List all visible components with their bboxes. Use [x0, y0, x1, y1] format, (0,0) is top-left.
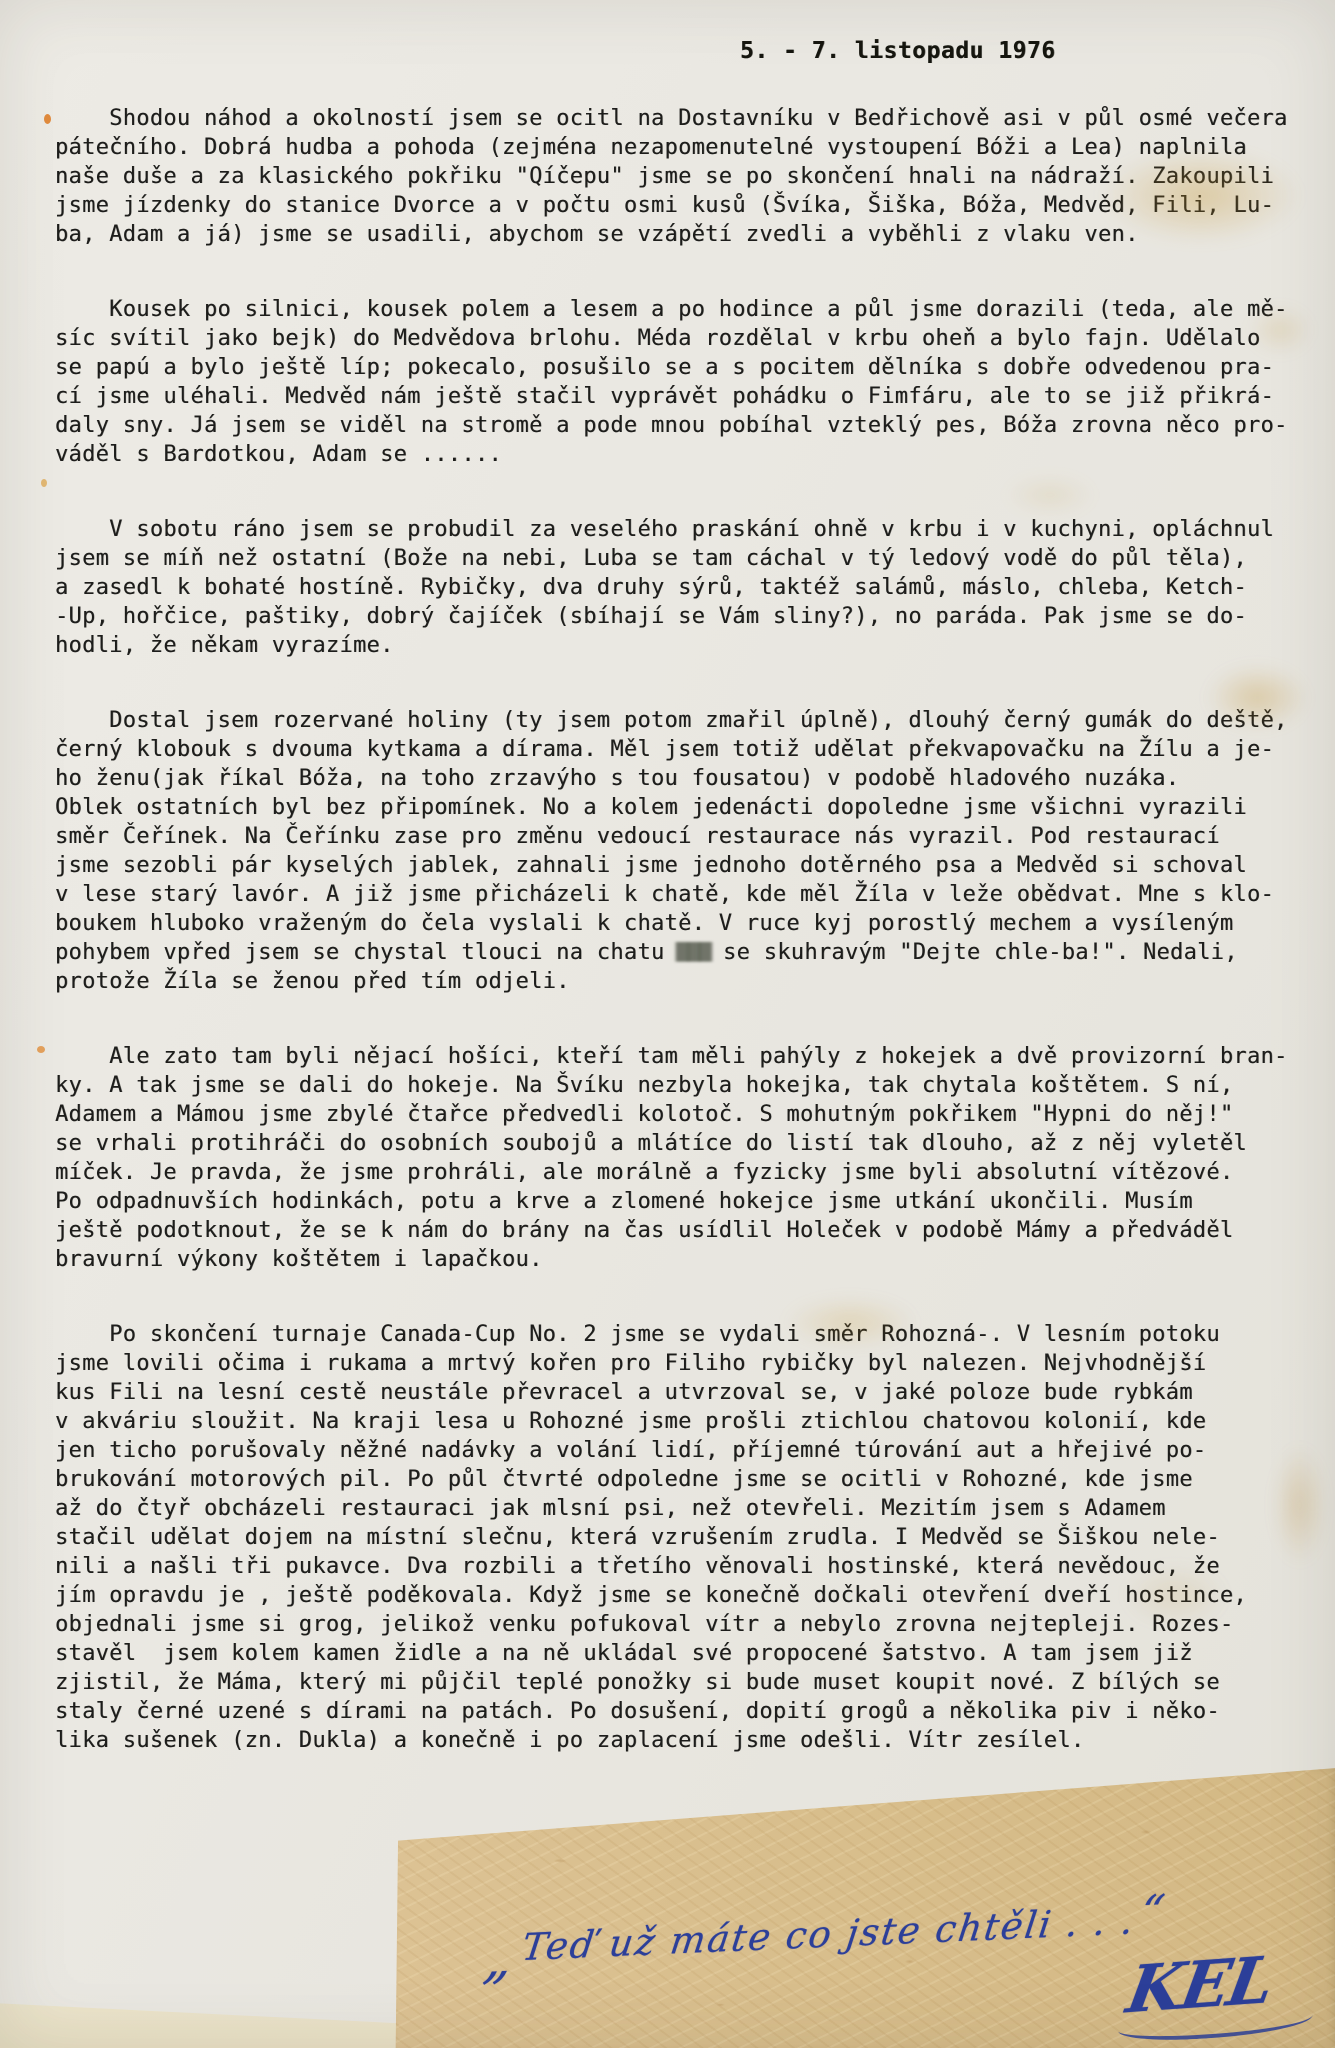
- text-line: staly černé uzené s dírami na patách. Po…: [55, 1697, 1317, 1726]
- text-line: ba, Adam a já) jsme se usadili, abychom …: [55, 220, 1317, 249]
- scanned-letter-page: 5. - 7. listopadu 1976 Shodou náhod a ok…: [0, 0, 1335, 2048]
- paragraph: Po skončení turnaje Canada-Cup No. 2 jsm…: [55, 1320, 1317, 1755]
- letter-body: Shodou náhod a okolností jsem se ocitl n…: [55, 104, 1317, 1755]
- paper-fleck: [41, 479, 47, 487]
- paragraph: Shodou náhod a okolností jsem se ocitl n…: [55, 104, 1317, 249]
- text-line: Kousek po silnici, kousek polem a lesem …: [55, 295, 1317, 324]
- paper-fleck: [37, 1046, 45, 1053]
- text-line: -Up, hořčice, paštiky, dobrý čajíček (sb…: [55, 602, 1317, 631]
- date-line: 5. - 7. listopadu 1976: [740, 38, 1056, 64]
- text-line: stačil udělat dojem na místní slečnu, kt…: [55, 1523, 1317, 1552]
- text-line: protože Žíla se ženou před tím odjeli.: [55, 967, 1317, 996]
- text-line: jsme sezobli pár kyselých jablek, zahnal…: [55, 851, 1317, 880]
- paragraph: V sobotu ráno jsem se probudil za veselé…: [55, 515, 1317, 660]
- text-line: ho ženu(jak říkal Bóža, na toho zrzavýho…: [55, 764, 1317, 793]
- text-line: brukování motorových pil. Po půl čtvrté …: [55, 1465, 1317, 1494]
- text-line: ky. A tak jsme se dali do hokeje. Na Šví…: [55, 1071, 1317, 1100]
- text-line: V sobotu ráno jsem se probudil za veselé…: [55, 515, 1317, 544]
- text-line: Oblek ostatních byl bez připomínek. No a…: [55, 793, 1317, 822]
- text-line: jsem se míň než ostatní (Bože na nebi, L…: [55, 544, 1317, 573]
- text-line: kus Fili na lesní cestě neustále převrac…: [55, 1378, 1317, 1407]
- text-line: a zasedl k bohaté hostíně. Rybičky, dva …: [55, 573, 1317, 602]
- text-line: hodli, že někam vyrazíme.: [55, 631, 1317, 660]
- text-line: objednali jsme si grog, jelikož venku po…: [55, 1610, 1317, 1639]
- text-line: naše duše a za klasického pokřiku "Qíčep…: [55, 162, 1317, 191]
- text-line: směr Čeřínek. Na Čeřínku zase pro změnu …: [55, 822, 1317, 851]
- text-line: míček. Je pravda, že jsme prohráli, ale …: [55, 1158, 1317, 1187]
- text-line: ještě podotknout, že se k nám do brány n…: [55, 1216, 1317, 1245]
- text-line: černý klobouk s dvouma kytkama a dírama.…: [55, 735, 1317, 764]
- paper-fleck: [44, 114, 51, 124]
- signature: KEL: [1121, 1942, 1277, 2028]
- text-line: Po skončení turnaje Canada-Cup No. 2 jsm…: [55, 1320, 1317, 1349]
- text-line: v akváriu sloužit. Na kraji lesa u Rohoz…: [55, 1407, 1317, 1436]
- text-line: pátečního. Dobrá hudba a pohoda (zejména…: [55, 133, 1317, 162]
- text-line: se papú a bylo ještě líp; pokecalo, posu…: [55, 353, 1317, 382]
- text-line: v lese starý lavór. A již jsme přicházel…: [55, 880, 1317, 909]
- text-line: zjistil, že Máma, který mi půjčil teplé …: [55, 1668, 1317, 1697]
- text-line: stavěl jsem kolem kamen židle a na ně uk…: [55, 1639, 1317, 1668]
- text-line: cí jsme uléhali. Medvěd nám ještě stačil…: [55, 382, 1317, 411]
- text-line: jsme jízdenky do stanice Dvorce a v počt…: [55, 191, 1317, 220]
- text-line: pohybem vpřed jsem se chystal tlouci na …: [55, 938, 1317, 967]
- text-line: jen ticho porušovaly něžné nadávky a vol…: [55, 1436, 1317, 1465]
- text-line: síc svítil jako bejk) do Medvědova brloh…: [55, 324, 1317, 353]
- paragraph: Kousek po silnici, kousek polem a lesem …: [55, 295, 1317, 469]
- handwritten-note-text: Teď už máte co jste chtěli . . .: [520, 1899, 1138, 1969]
- text-line: Ale zato tam byli nějací hošíci, kteří t…: [55, 1042, 1317, 1071]
- opening-quote-mark: „: [480, 1929, 521, 1991]
- text-line: jsme lovili očima i rukama a mrtvý kořen…: [55, 1349, 1317, 1378]
- text-line: lika sušenek (zn. Dukla) a konečně i po …: [55, 1726, 1317, 1755]
- text-line: jím opravdu je , ještě poděkovala. Když …: [55, 1581, 1317, 1610]
- ink-smudge: ███: [665, 942, 710, 964]
- text-line: daly sny. Já jsem se viděl na stromě a p…: [55, 411, 1317, 440]
- underlying-sheet-edge: [0, 1986, 398, 2048]
- paragraph: Dostal jsem rozervané holiny (ty jsem po…: [55, 706, 1317, 996]
- text-line: se vrhali protihráči do osobních soubojů…: [55, 1129, 1317, 1158]
- paragraph: Ale zato tam byli nějací hošíci, kteří t…: [55, 1042, 1317, 1274]
- closing-quote-mark: “: [1135, 1886, 1170, 1939]
- text-line: Dostal jsem rozervané holiny (ty jsem po…: [55, 706, 1317, 735]
- text-line: nili a našli tři pukavce. Dva rozbili a …: [55, 1552, 1317, 1581]
- text-line: váděl s Bardotkou, Adam se ......: [55, 440, 1317, 469]
- text-line: až do čtyř obcházeli restauraci jak mlsn…: [55, 1494, 1317, 1523]
- text-line: Shodou náhod a okolností jsem se ocitl n…: [55, 104, 1317, 133]
- text-line: Adamem a Mámou jsme zbylé čtařce předved…: [55, 1100, 1317, 1129]
- text-line: bravurní výkony koštětem i lapačkou.: [55, 1245, 1317, 1274]
- text-line: boukem hluboko vraženým do čela vyslali …: [55, 909, 1317, 938]
- text-line: Po odpadnuvších hodinkách, potu a krve a…: [55, 1187, 1317, 1216]
